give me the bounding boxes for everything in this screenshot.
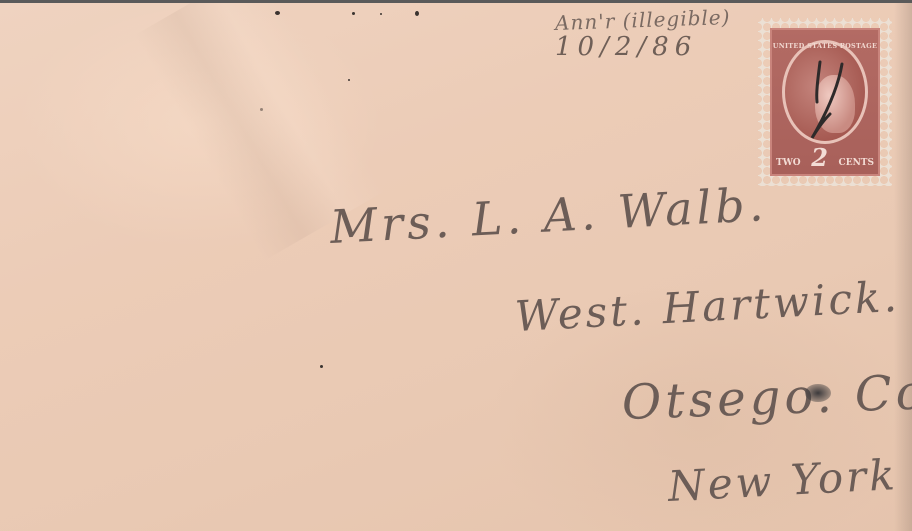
ink-speck bbox=[415, 11, 419, 16]
stamp-word-left: TWO bbox=[776, 158, 801, 168]
ink-speck bbox=[380, 13, 382, 15]
envelope-edge bbox=[894, 3, 912, 531]
docket-line: Ann'r (illegible) bbox=[555, 5, 731, 35]
ink-speck bbox=[275, 11, 280, 15]
stamp-denomination: TWO 2 CENTS bbox=[776, 148, 874, 168]
stamp-top-text: UNITED STATES POSTAGE bbox=[772, 42, 878, 50]
ink-blot bbox=[805, 384, 831, 402]
docket-date: 10/2/86 bbox=[555, 32, 731, 62]
ink-speck bbox=[320, 365, 323, 368]
ink-speck bbox=[260, 108, 263, 111]
stamp-numeral: 2 bbox=[811, 148, 828, 168]
ink-speck bbox=[352, 12, 355, 15]
docket-notation: Ann'r (illegible) 10/2/86 bbox=[555, 8, 731, 62]
washington-portrait-icon bbox=[815, 75, 855, 133]
ink-speck bbox=[348, 79, 350, 81]
stamp-oval-frame bbox=[782, 40, 868, 144]
stamp-word-right: CENTS bbox=[839, 158, 874, 168]
postage-stamp: UNITED STATES POSTAGE TWO 2 CENTS bbox=[770, 28, 880, 176]
address-county: Otsego. Co. bbox=[621, 364, 912, 431]
